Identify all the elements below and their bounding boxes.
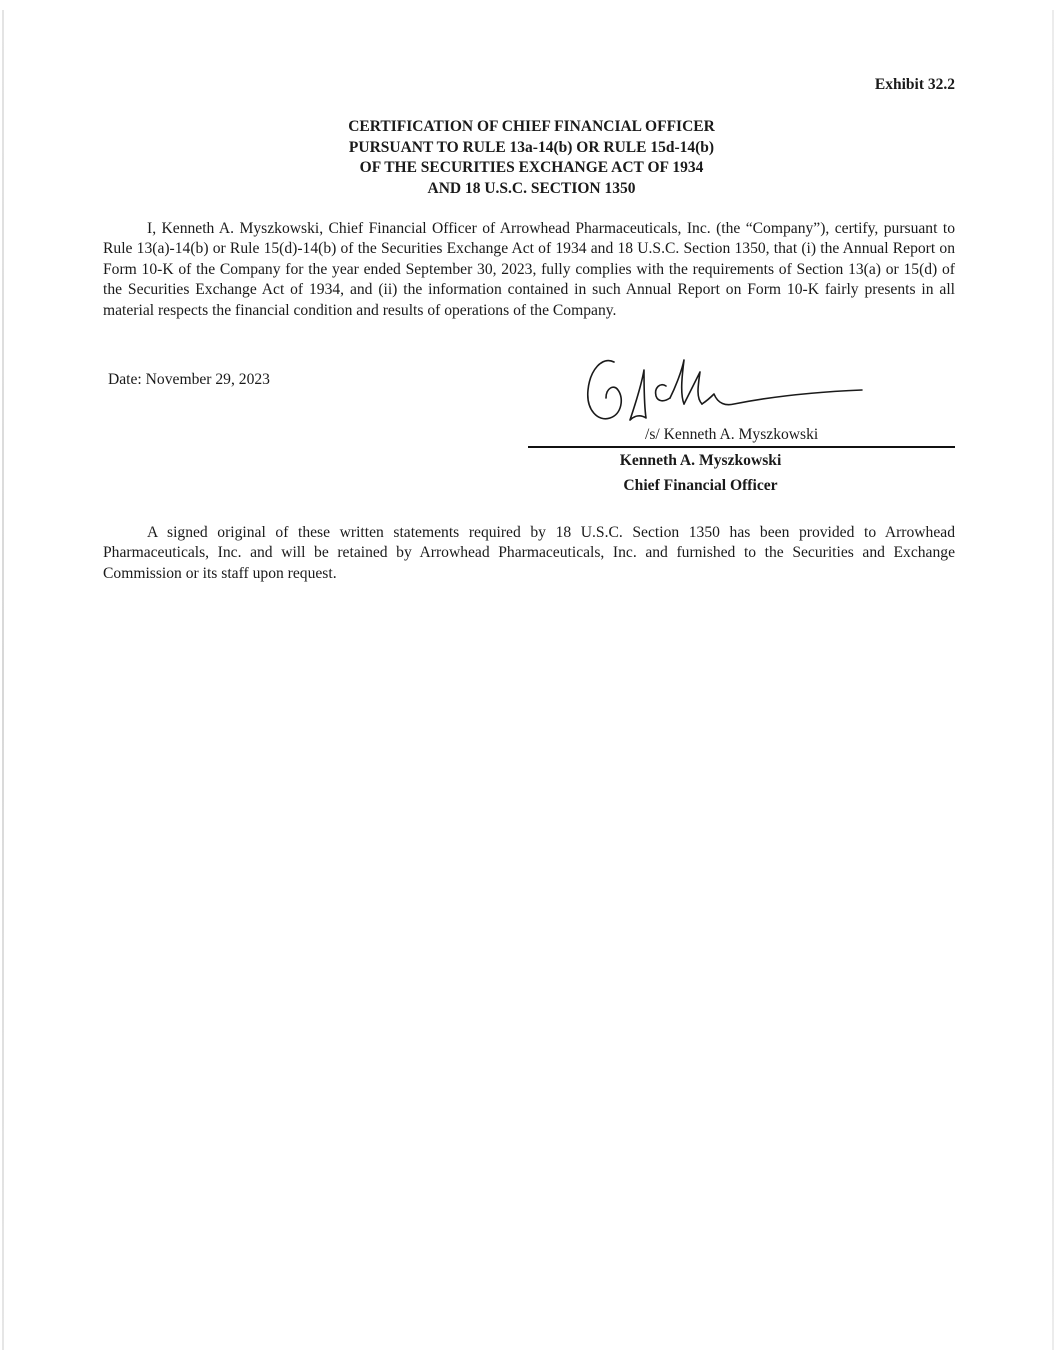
closing-text: A signed original of these written state… [103,524,955,582]
title-line: AND 18 U.S.C. SECTION 1350 [8,179,1055,200]
signature-typed: /s/ Kenneth A. Myszkowski [645,426,818,444]
title-line: OF THE SECURITIES EXCHANGE ACT OF 1934 [8,158,1055,179]
closing-paragraph: A signed original of these written state… [103,523,955,584]
signer-name: Kenneth A. Myszkowski [487,452,914,470]
signature-line [528,446,955,448]
certification-paragraph: I, Kenneth A. Myszkowski, Chief Financia… [103,219,955,321]
certification-text: I, Kenneth A. Myszkowski, Chief Financia… [103,220,955,319]
date-line: Date: November 29, 2023 [108,371,270,389]
handwritten-signature-icon [584,352,874,432]
scan-edge-right [1052,10,1054,1350]
title-line: PURSUANT TO RULE 13a-14(b) OR RULE 15d-1… [8,138,1055,159]
exhibit-label: Exhibit 32.2 [875,76,955,94]
scan-edge-left [2,10,4,1350]
signer-title: Chief Financial Officer [487,477,914,495]
title-line: CERTIFICATION OF CHIEF FINANCIAL OFFICER [8,117,1055,138]
document-title: CERTIFICATION OF CHIEF FINANCIAL OFFICER… [0,117,1055,199]
